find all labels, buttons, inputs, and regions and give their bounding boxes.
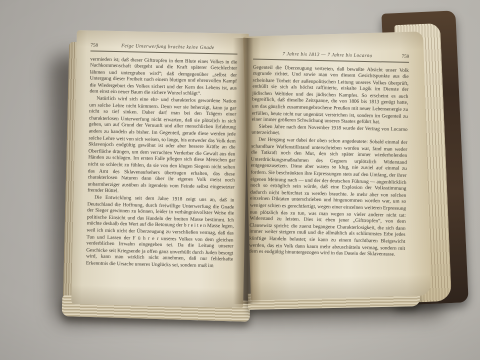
left-page-text: vermieden ist; daß dieser Gifttropfen in…: [86, 56, 237, 270]
right-page-number: 759: [402, 55, 410, 60]
paragraph: vermieden ist; daß dieser Gifttropfen in…: [90, 56, 238, 99]
left-running-head: 758 Feige Unterwerfung brachte keine Gna…: [90, 44, 237, 55]
left-head-title: Feige Unterwerfung brachte keine Gnade: [121, 44, 214, 51]
paragraph: Gegenteil die Überzeugung vertreten, daß…: [252, 64, 409, 127]
right-running-head: 7 Jahre bis 1813 — 7 Jahre bis Locarno 7…: [253, 52, 409, 63]
paragraph: Der Hergang war dabei der oben schon ang…: [249, 137, 407, 259]
right-page-text: Gegenteil die Überzeugung vertreten, daß…: [249, 64, 409, 258]
right-head-title: 7 Jahre bis 1813 — 7 Jahre bis Locarno: [282, 52, 372, 59]
paragraph: Natürlich wird sich eine ehr- und charak…: [87, 96, 236, 198]
table-surface: 758 Feige Unterwerfung brachte keine Gna…: [0, 0, 480, 360]
right-page: 7 Jahre bis 1813 — 7 Jahre bis Locarno 7…: [243, 31, 431, 300]
paragraph: Die Entwicklung seit dem Jahre 1918 zeig…: [86, 194, 234, 270]
left-page: 758 Feige Unterwerfung brachte keine Gna…: [71, 30, 249, 308]
left-page-number: 758: [91, 44, 99, 49]
